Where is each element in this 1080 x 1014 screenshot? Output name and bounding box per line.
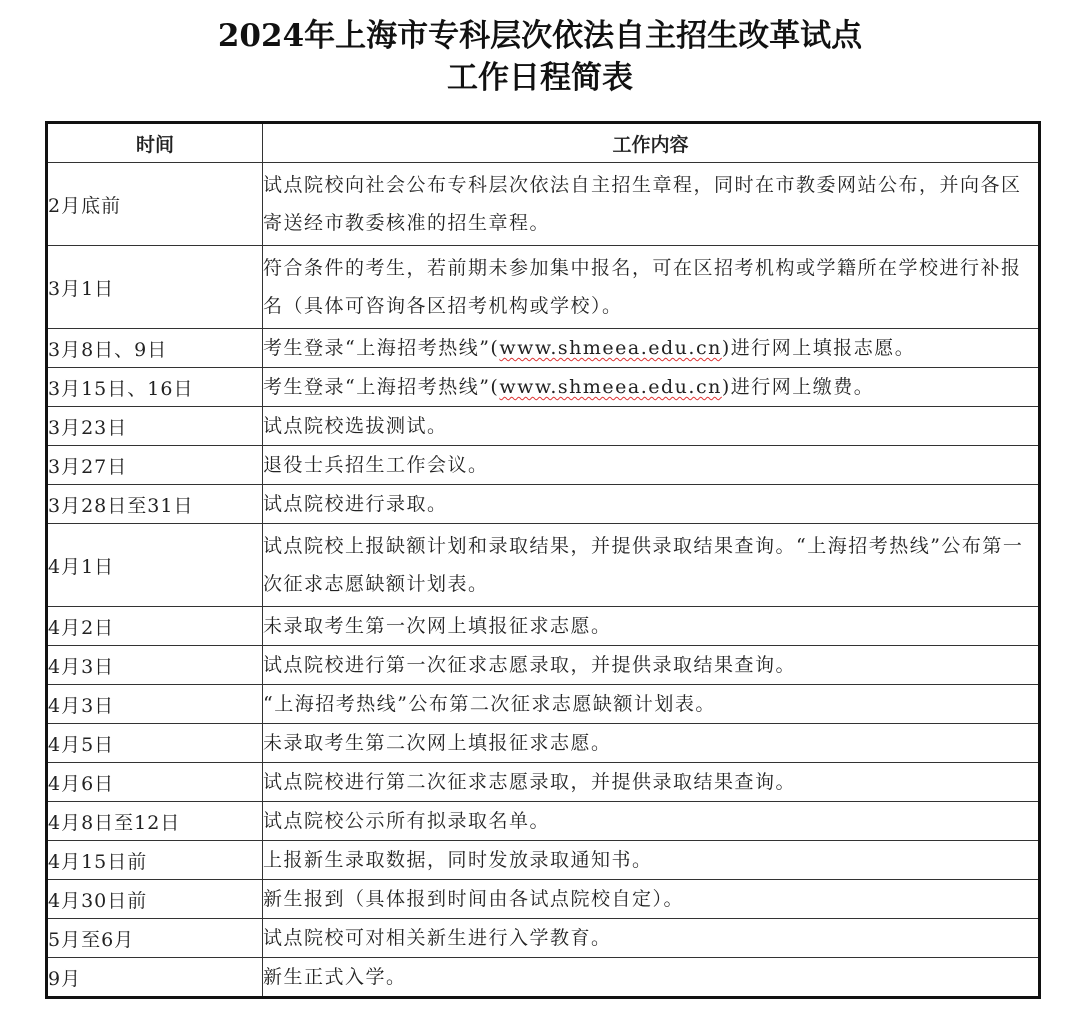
cell-content: 试点院校进行第二次征求志愿录取，并提供录取结果查询。 [263, 763, 1040, 802]
table-row: 4月1日试点院校上报缺额计划和录取结果，并提供录取结果查询。“上海招考热线”公布… [47, 524, 1040, 607]
cell-content: 上报新生录取数据，同时发放录取通知书。 [263, 841, 1040, 880]
website-url: www.shmeea.edu.cn [499, 376, 722, 398]
cell-time: 4月3日 [47, 685, 263, 724]
cell-time: 9月 [47, 958, 263, 998]
cell-time: 3月23日 [47, 407, 263, 446]
document-title-line2: 工作日程简表 [0, 52, 1080, 97]
cell-time: 4月1日 [47, 524, 263, 607]
content-suffix: )进行网上填报志愿。 [722, 337, 915, 359]
cell-content: 试点院校上报缺额计划和录取结果，并提供录取结果查询。“上海招考热线”公布第一次征… [263, 524, 1040, 607]
cell-time: 4月3日 [47, 646, 263, 685]
table-row: 3月1日符合条件的考生，若前期未参加集中报名，可在区招考机构或学籍所在学校进行补… [47, 246, 1040, 329]
cell-content: 新生正式入学。 [263, 958, 1040, 998]
document-title-line1: 2024年上海市专科层次依法自主招生改革试点 [0, 10, 1080, 55]
table-row: 4月8日至12日试点院校公示所有拟录取名单。 [47, 802, 1040, 841]
cell-content: 试点院校进行录取。 [263, 485, 1040, 524]
table-row: 3月28日至31日试点院校进行录取。 [47, 485, 1040, 524]
cell-content: 试点院校公示所有拟录取名单。 [263, 802, 1040, 841]
cell-time: 3月8日、9日 [47, 329, 263, 368]
table-row: 4月15日前上报新生录取数据，同时发放录取通知书。 [47, 841, 1040, 880]
cell-time: 3月1日 [47, 246, 263, 329]
table-row: 4月2日未录取考生第一次网上填报征求志愿。 [47, 607, 1040, 646]
cell-time: 4月8日至12日 [47, 802, 263, 841]
table-row: 3月15日、16日考生登录“上海招考热线”(www.shmeea.edu.cn)… [47, 368, 1040, 407]
cell-content: 未录取考生第二次网上填报征求志愿。 [263, 724, 1040, 763]
cell-time: 4月2日 [47, 607, 263, 646]
cell-content: 试点院校向社会公布专科层次依法自主招生章程，同时在市教委网站公布，并向各区寄送经… [263, 163, 1040, 246]
content-prefix: 考生登录“上海招考热线”( [263, 337, 499, 359]
cell-time: 5月至6月 [47, 919, 263, 958]
cell-content: 考生登录“上海招考热线”(www.shmeea.edu.cn)进行网上缴费。 [263, 368, 1040, 407]
website-url: www.shmeea.edu.cn [499, 337, 722, 359]
cell-time: 4月15日前 [47, 841, 263, 880]
table-row: 3月23日试点院校选拔测试。 [47, 407, 1040, 446]
cell-time: 4月6日 [47, 763, 263, 802]
table-row: 3月8日、9日考生登录“上海招考热线”(www.shmeea.edu.cn)进行… [47, 329, 1040, 368]
cell-content: 退役士兵招生工作会议。 [263, 446, 1040, 485]
table-row: 4月6日试点院校进行第二次征求志愿录取，并提供录取结果查询。 [47, 763, 1040, 802]
content-suffix: )进行网上缴费。 [722, 376, 874, 398]
cell-time: 2月底前 [47, 163, 263, 246]
table-row: 4月30日前新生报到（具体报到时间由各试点院校自定）。 [47, 880, 1040, 919]
table-header-row: 时间 工作内容 [47, 123, 1040, 163]
table-row: 2月底前试点院校向社会公布专科层次依法自主招生章程，同时在市教委网站公布，并向各… [47, 163, 1040, 246]
schedule-table: 时间 工作内容 2月底前试点院校向社会公布专科层次依法自主招生章程，同时在市教委… [45, 121, 1041, 999]
cell-time: 3月15日、16日 [47, 368, 263, 407]
cell-content: 符合条件的考生，若前期未参加集中报名，可在区招考机构或学籍所在学校进行补报名（具… [263, 246, 1040, 329]
cell-time: 3月27日 [47, 446, 263, 485]
cell-time: 3月28日至31日 [47, 485, 263, 524]
table-row: 4月5日未录取考生第二次网上填报征求志愿。 [47, 724, 1040, 763]
table-row: 4月3日“上海招考热线”公布第二次征求志愿缺额计划表。 [47, 685, 1040, 724]
table-row: 9月新生正式入学。 [47, 958, 1040, 998]
cell-time: 4月30日前 [47, 880, 263, 919]
cell-content: “上海招考热线”公布第二次征求志愿缺额计划表。 [263, 685, 1040, 724]
content-prefix: 考生登录“上海招考热线”( [263, 376, 499, 398]
cell-content: 试点院校可对相关新生进行入学教育。 [263, 919, 1040, 958]
cell-content: 考生登录“上海招考热线”(www.shmeea.edu.cn)进行网上填报志愿。 [263, 329, 1040, 368]
cell-content: 试点院校选拔测试。 [263, 407, 1040, 446]
table-row: 5月至6月试点院校可对相关新生进行入学教育。 [47, 919, 1040, 958]
cell-content: 试点院校进行第一次征求志愿录取，并提供录取结果查询。 [263, 646, 1040, 685]
table-row: 4月3日试点院校进行第一次征求志愿录取，并提供录取结果查询。 [47, 646, 1040, 685]
header-time: 时间 [47, 123, 263, 163]
cell-time: 4月5日 [47, 724, 263, 763]
table-row: 3月27日退役士兵招生工作会议。 [47, 446, 1040, 485]
cell-content: 未录取考生第一次网上填报征求志愿。 [263, 607, 1040, 646]
cell-content: 新生报到（具体报到时间由各试点院校自定）。 [263, 880, 1040, 919]
header-content: 工作内容 [263, 123, 1040, 163]
